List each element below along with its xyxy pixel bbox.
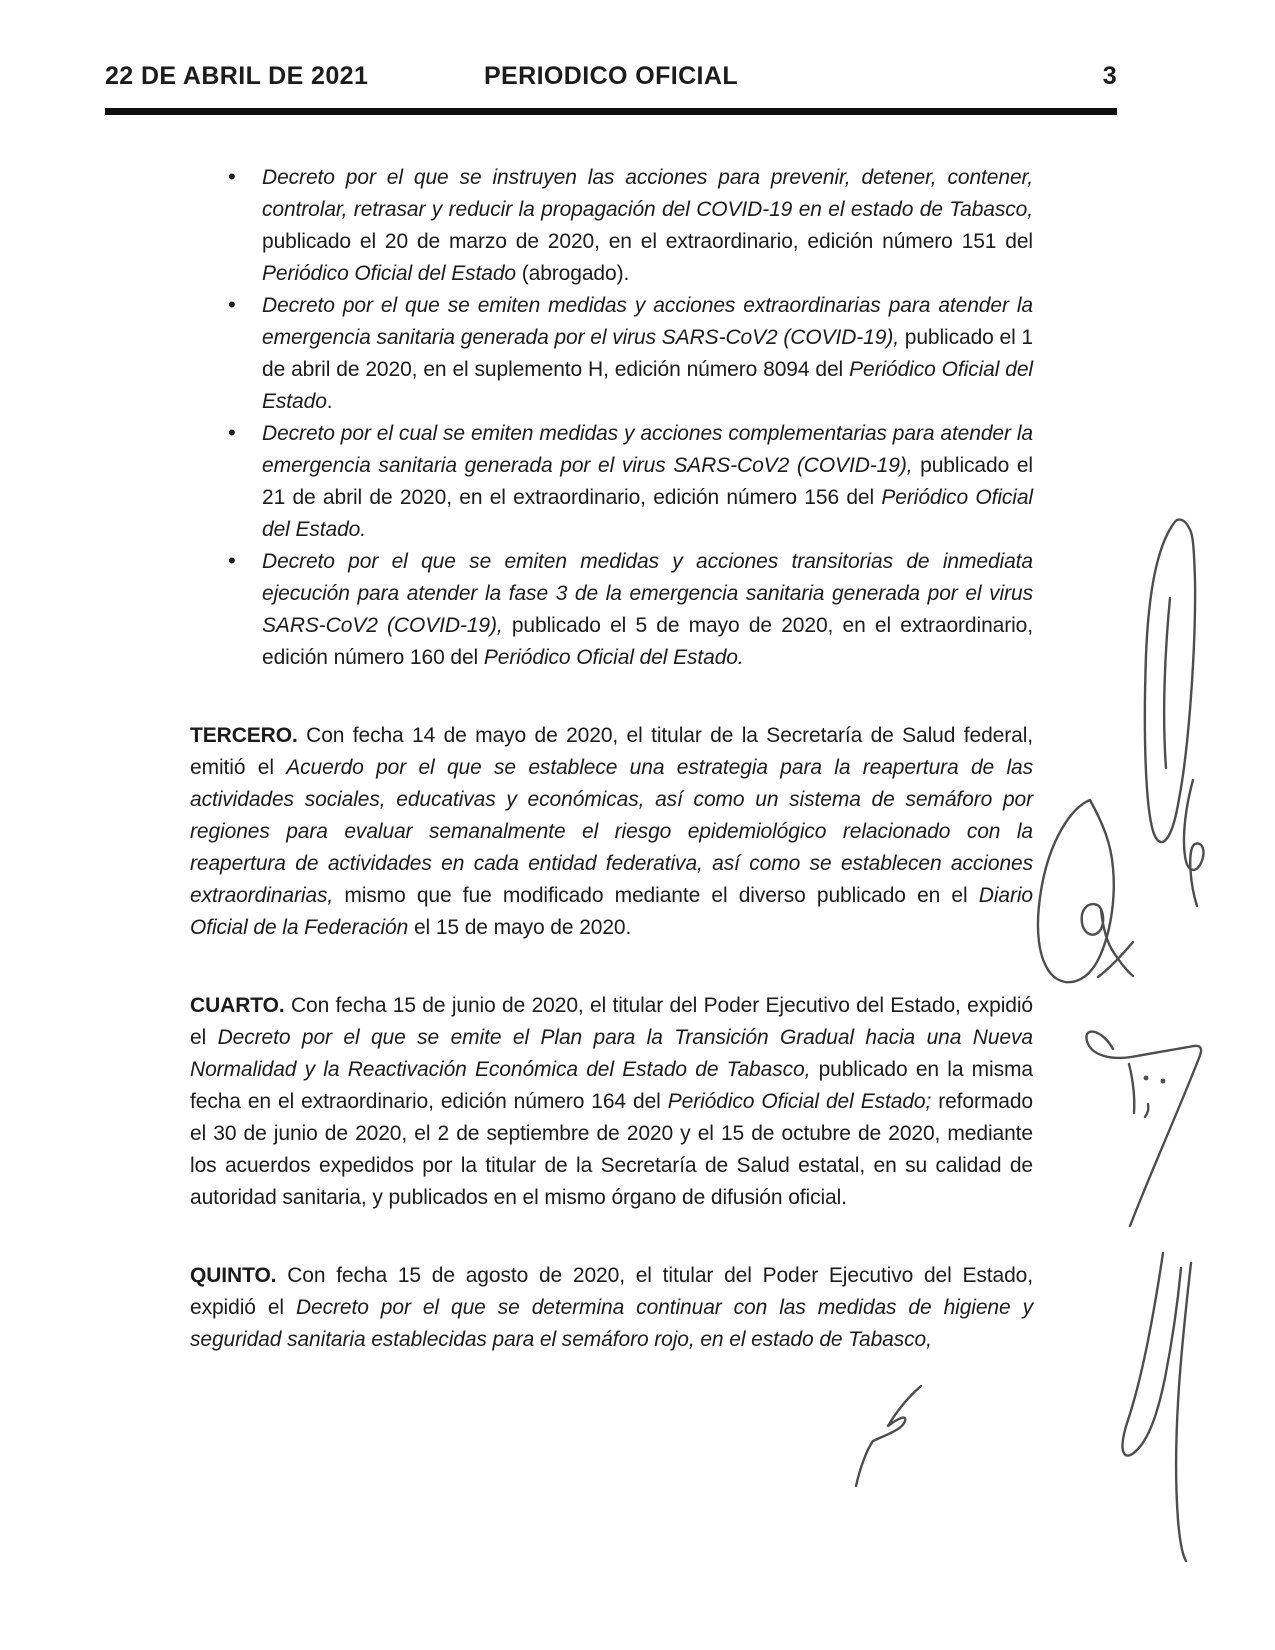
ink-stroke-lightning bbox=[856, 1386, 921, 1486]
ink-stroke-d-loop bbox=[1184, 780, 1203, 906]
text-run: el 15 de mayo de 2020. bbox=[408, 916, 631, 939]
paragraph-cuarto: CUARTO. Con fecha 15 de junio de 2020, e… bbox=[190, 990, 1033, 1214]
text-run: CUARTO. bbox=[190, 994, 285, 1017]
header-title: PERIODICO OFICIAL bbox=[484, 62, 738, 91]
decree-item-2: Decreto por el que se emiten medidas y a… bbox=[262, 290, 1033, 418]
text-run: Periódico Oficial del Estado bbox=[262, 262, 516, 285]
header-rule bbox=[105, 108, 1117, 115]
ink-stroke-tall-loop bbox=[1145, 520, 1195, 843]
page-header: 22 DE ABRIL DE 2021 PERIODICO OFICIAL 3 bbox=[105, 62, 1117, 91]
document-body: Decreto por el que se instruyen las acci… bbox=[190, 162, 1033, 1356]
text-run: Periódico Oficial del Estado; bbox=[668, 1090, 932, 1113]
ink-dot-2 bbox=[1161, 1079, 1166, 1084]
text-run: mismo que fue modificado mediante el div… bbox=[333, 884, 979, 907]
decree-item-1: Decreto por el que se instruyen las acci… bbox=[262, 162, 1033, 290]
ink-stroke-ribbon-right bbox=[1176, 1263, 1191, 1561]
header-date: 22 DE ABRIL DE 2021 bbox=[105, 62, 484, 91]
ink-comma bbox=[1145, 1104, 1148, 1117]
text-run: TERCERO. bbox=[190, 724, 298, 747]
text-run: (abrogado). bbox=[516, 262, 629, 285]
ink-stroke-leaf-inner bbox=[1082, 904, 1133, 977]
ink-stroke-tall-loop-inner bbox=[1164, 598, 1170, 768]
ink-stroke-seven-inner bbox=[1129, 1064, 1134, 1113]
document-page: 22 DE ABRIL DE 2021 PERIODICO OFICIAL 3 … bbox=[0, 0, 1275, 1650]
paragraph-quinto: QUINTO. Con fecha 15 de agosto de 2020, … bbox=[190, 1260, 1033, 1356]
text-run: Periódico Oficial del Estado. bbox=[484, 646, 744, 669]
ink-stroke-seven bbox=[1086, 1032, 1201, 1226]
ink-stroke-ribbon-left bbox=[1123, 1253, 1181, 1456]
decree-item-4: Decreto por el que se emiten medidas y a… bbox=[262, 546, 1033, 674]
text-run: Decreto por el que se determina continua… bbox=[190, 1296, 1033, 1351]
decree-list: Decreto por el que se instruyen las acci… bbox=[190, 162, 1033, 674]
text-run: publicado el 20 de marzo de 2020, en el … bbox=[262, 230, 1033, 253]
ink-stroke-leaf bbox=[1038, 800, 1114, 982]
paragraph-tercero: TERCERO. Con fecha 14 de mayo de 2020, e… bbox=[190, 720, 1033, 944]
decree-item-3: Decreto por el cual se emiten medidas y … bbox=[262, 418, 1033, 546]
header-page-number: 3 bbox=[738, 62, 1117, 91]
ink-dot-1 bbox=[1144, 1076, 1149, 1081]
text-run: . bbox=[327, 390, 333, 413]
text-run: Decreto por el que se instruyen las acci… bbox=[262, 166, 1033, 221]
text-run: QUINTO. bbox=[190, 1264, 276, 1287]
